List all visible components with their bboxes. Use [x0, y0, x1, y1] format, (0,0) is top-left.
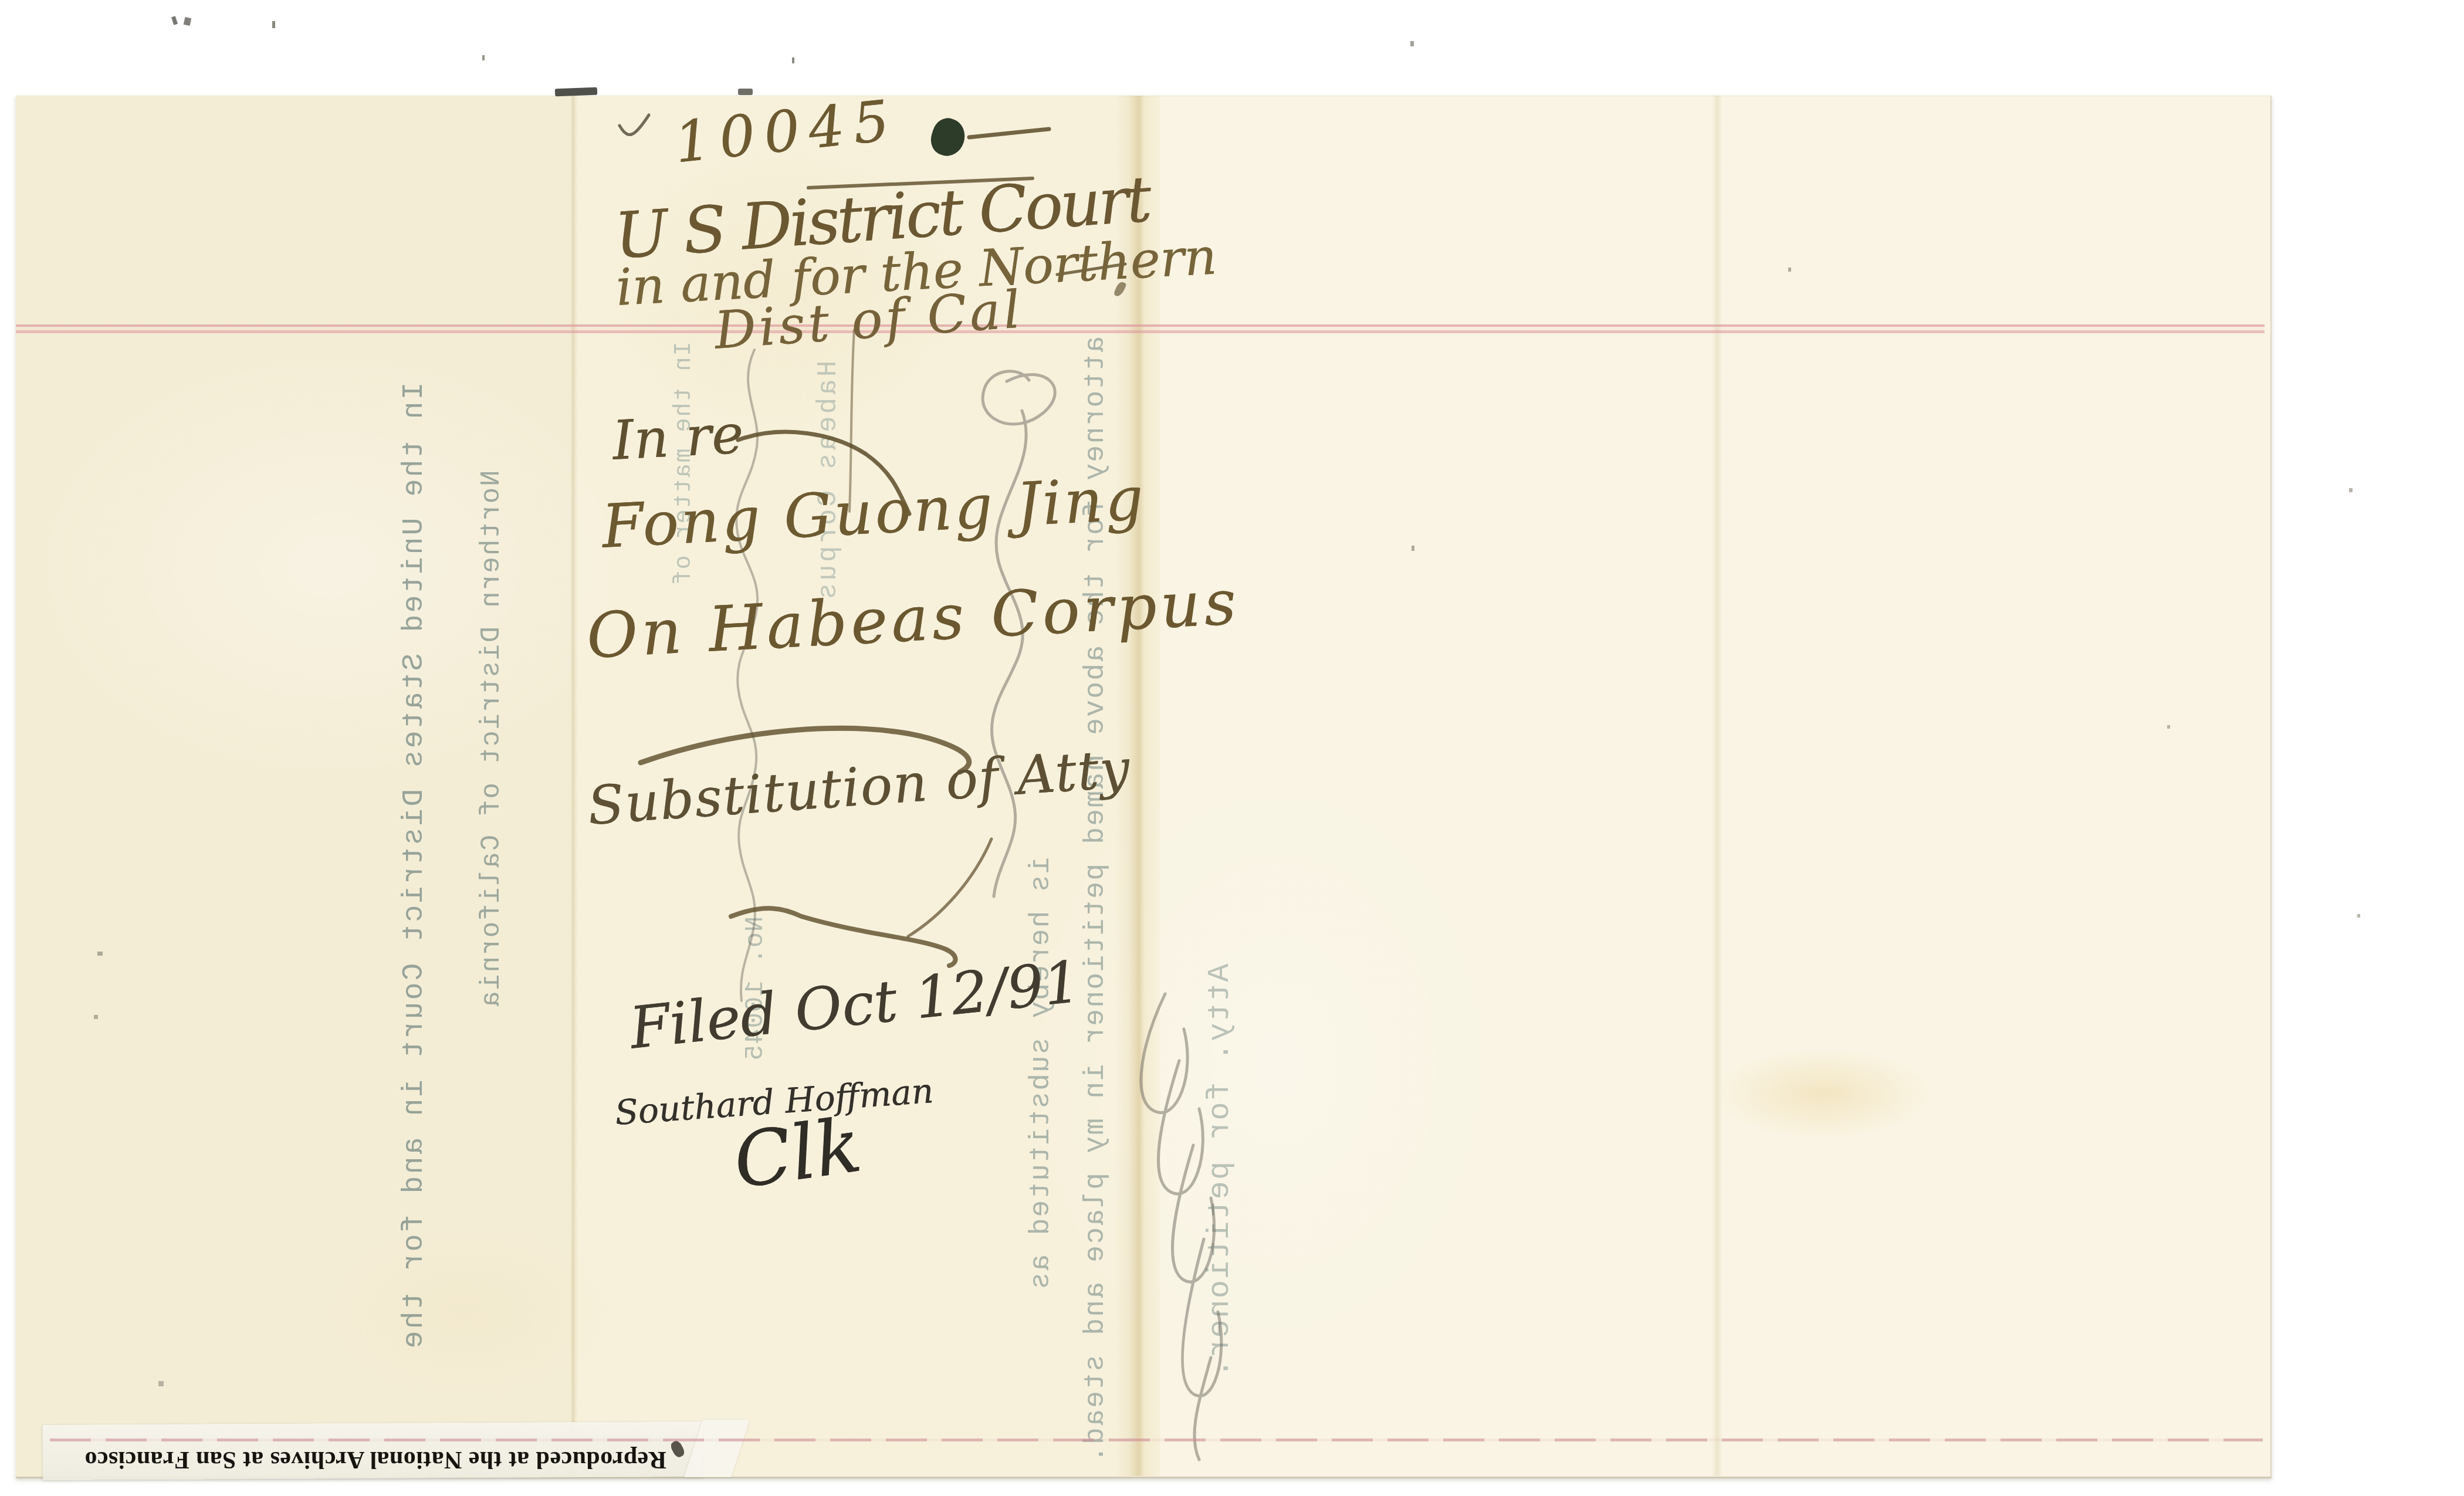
clerk-abbrev-handwritten: Clk [729, 1108, 865, 1200]
fold-crease-right [1712, 96, 1722, 1476]
dust-speck [2357, 914, 2360, 918]
dust-speck [272, 21, 275, 28]
dust-speck [97, 952, 103, 956]
dust-speck [792, 57, 794, 63]
ghost-substituted-text: is hereby substituted as [1025, 857, 1057, 1290]
dust-speck [1410, 41, 1414, 46]
paper-edge-speck [738, 89, 753, 95]
dust-speck [94, 1015, 98, 1019]
dust-speck [2349, 488, 2353, 492]
pencil-tick-mark [184, 17, 191, 26]
dust-speck [482, 55, 485, 60]
ruled-line-bottom [50, 1439, 2263, 1441]
document-scan: In the United States District Court in a… [0, 0, 2464, 1496]
ruled-line-top [16, 324, 2265, 333]
paper-edge-speck [555, 87, 597, 97]
ghost-atty-signoff-text: Atty. for petitioner. [1203, 963, 1238, 1379]
dust-speck [2167, 725, 2170, 729]
dust-speck [1412, 546, 1414, 551]
in-re-handwritten: In re [611, 407, 745, 468]
dust-speck [158, 1381, 164, 1386]
pencil-tick-mark [171, 16, 178, 25]
dust-speck [1788, 268, 1791, 272]
ghost-court-header-text: In the United States District Court in a… [398, 382, 431, 1350]
ghost-district-text: Northern District of California [476, 470, 507, 1008]
fold-crease-left [570, 96, 578, 1476]
archive-reproduction-label: Reproduced at the National Archives at S… [82, 1444, 669, 1475]
